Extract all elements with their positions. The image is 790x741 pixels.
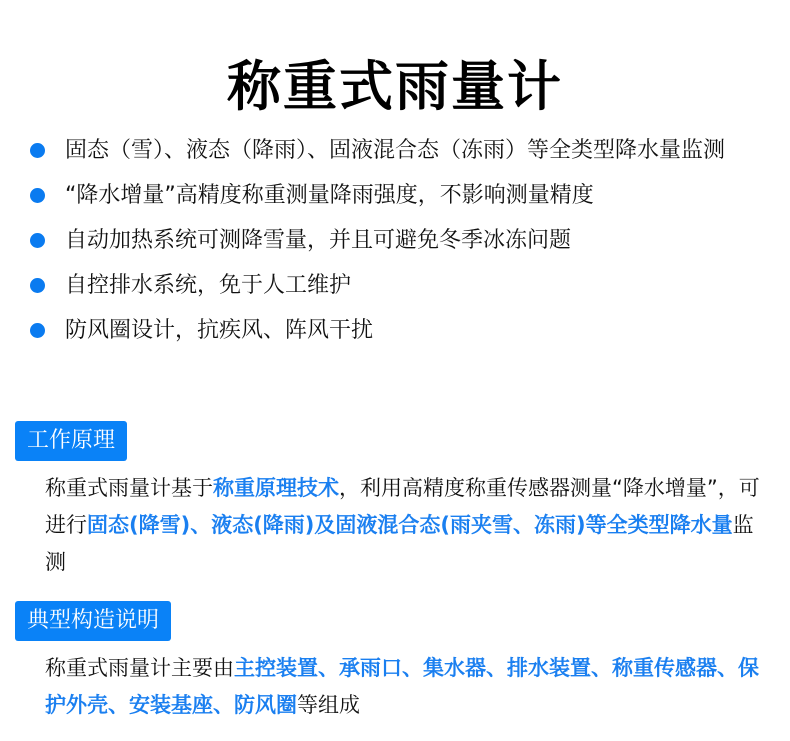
bullet-dot-icon bbox=[30, 143, 45, 158]
feature-list: 固态（雪）、液态（降雨）、固液混合态（冻雨）等全类型降水量监测 “降水增量”高精… bbox=[30, 128, 770, 353]
feature-item: 自动加热系统可测降雪量，并且可避免冬季冰冻问题 bbox=[30, 218, 770, 263]
bullet-dot-icon bbox=[30, 188, 45, 203]
feature-item: “降水增量”高精度称重测量降雨强度，不影响测量精度 bbox=[30, 173, 770, 218]
bullet-dot-icon bbox=[30, 233, 45, 248]
bullet-dot-icon bbox=[30, 323, 45, 338]
feature-item: 固态（雪）、液态（降雨）、固液混合态（冻雨）等全类型降水量监测 bbox=[30, 128, 770, 173]
feature-item: 防风圈设计，抗疾风、阵风干扰 bbox=[30, 308, 770, 353]
bullet-dot-icon bbox=[30, 278, 45, 293]
structure-heading: 典型构造说明 bbox=[15, 601, 171, 641]
structure-text: 称重式雨量计主要由主控装置、承雨口、集水器、排水装置、称重传感器、保护外壳、安装… bbox=[45, 650, 770, 724]
feature-item: 自控排水系统，免于人工维护 bbox=[30, 263, 770, 308]
page-title: 称重式雨量计 bbox=[0, 52, 790, 122]
working-principle-text: 称重式雨量计基于称重原理技术，利用高精度称重传感器测量“降水增量”，可进行固态(… bbox=[45, 470, 770, 581]
working-principle-heading: 工作原理 bbox=[15, 421, 127, 461]
